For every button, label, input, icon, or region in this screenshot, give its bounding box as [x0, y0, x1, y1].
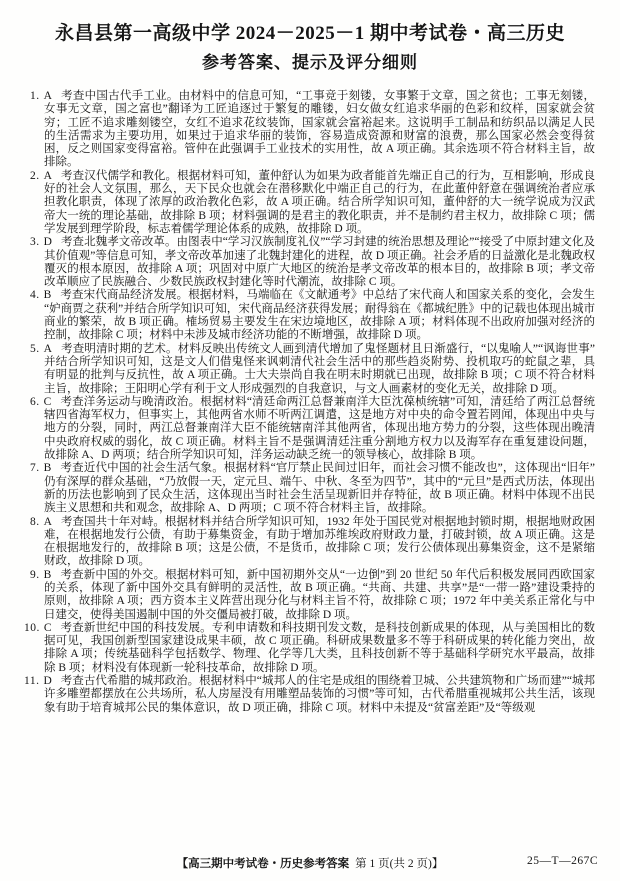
item-answer: B — [44, 289, 52, 301]
footer-code: 25—T—267C — [527, 855, 598, 867]
footer-title: 【高三期中考试卷・历史参考答案 — [177, 858, 350, 870]
item-explanation: 考查汉代儒学和教化。根据材料可知，董仲舒认为如果为政者能首先端正自己的行为，互相… — [44, 170, 595, 235]
answer-item-11: 11.D考查古代希腊的城邦政治。根据材料中“城邦人的住宅是成组的围绕着卫城、公共… — [30, 675, 595, 715]
answer-item-7: 7.B考查近代中国的社会生活气象。根据材料“官厅禁止民间过旧年，而社会习惯不能改… — [30, 462, 595, 515]
item-number: 2. — [30, 170, 40, 182]
item-explanation: 考查中国古代手工业。由材料中的信息可知，“工事竞于刻镂，女事繁于文章，国之贫也；… — [44, 90, 595, 168]
item-explanation: 考查北魏孝文帝改革。由图表中“学习汉族制度礼仪”“学习封建的统治思想及理论”“接… — [44, 236, 595, 288]
item-number: 5. — [30, 343, 40, 355]
answer-item-10: 10.C考查新世纪中国的科技发展。专利申请数和科技期刊发文数，是科技创新成果的体… — [30, 622, 595, 675]
answer-item-5: 5.A考查明清时期的艺术。材料反映出传统文人画到清代增加了鬼怪题材且日渐盛行，“… — [30, 343, 595, 396]
item-number: 11. — [24, 675, 39, 687]
item-answer: B — [44, 462, 52, 474]
item-number: 3. — [30, 236, 40, 248]
item-answer: A — [44, 90, 52, 102]
item-number: 9. — [30, 569, 40, 581]
item-answer: A — [44, 343, 52, 355]
item-explanation: 考查古代希腊的城邦政治。根据材料中“城邦人的住宅是成组的围绕着卫城、公共建筑物和… — [44, 675, 595, 714]
answer-item-9: 9.B考查新中国的外交。根据材料可知，新中国初期外交从“一边倒”到 20 世纪 … — [30, 569, 595, 622]
item-answer: C — [44, 622, 52, 634]
page-footer: 【高三期中考试卷・历史参考答案第 1 页(共 2 页)】 25—T—267C — [0, 855, 620, 871]
item-answer: A — [44, 170, 52, 182]
item-explanation: 考查新世纪中国的科技发展。专利申请数和科技期刊发文数，是科技创新成果的体现，从与… — [44, 622, 595, 674]
answer-item-8: 8.A考查国共十年对峙。根据材料并结合所学知识可知，1932 年处于国民党对根据… — [30, 516, 595, 569]
answer-item-4: 4.B考查宋代商品经济发展。根据材料，马端临在《文献通考》中总结了宋代商人和国家… — [30, 289, 595, 342]
answers-list: 1.A考查中国古代手工业。由材料中的信息可知，“工事竞于刻镂，女事繁于文章，国之… — [0, 90, 620, 715]
page-title: 永昌县第一高级中学 2024－2025－1 期中考试卷・高三历史 — [0, 20, 620, 48]
answer-item-3: 3.D考查北魏孝文帝改革。由图表中“学习汉族制度礼仪”“学习封建的统治思想及理论… — [30, 236, 595, 289]
title-block: 永昌县第一高级中学 2024－2025－1 期中考试卷・高三历史 参考答案、提示… — [0, 0, 620, 76]
footer-page-number: 第 1 页(共 2 页)】 — [355, 858, 443, 870]
answer-item-2: 2.A考查汉代儒学和教化。根据材料可知，董仲舒认为如果为政者能首先端正自己的行为… — [30, 170, 595, 236]
item-answer: B — [44, 569, 52, 581]
item-explanation: 考查洋务运动与晚清政治。根据材料“清廷命两江总督兼南洋大臣沈葆桢统辖”可知，清廷… — [44, 396, 595, 461]
item-number: 1. — [30, 90, 40, 102]
item-explanation: 考查明清时期的艺术。材料反映出传统文人画到清代增加了鬼怪题材且日渐盛行，“以鬼喻… — [44, 343, 595, 395]
document-page: 永昌县第一高级中学 2024－2025－1 期中考试卷・高三历史 参考答案、提示… — [0, 0, 620, 881]
item-explanation: 考查近代中国的社会生活气象。根据材料“官厅禁止民间过旧年，而社会习惯不能改也”，… — [44, 462, 595, 514]
item-number: 10. — [24, 622, 40, 634]
item-explanation: 考查新中国的外交。根据材料可知，新中国初期外交从“一边倒”到 20 世纪 50 … — [44, 569, 595, 621]
page-subtitle: 参考答案、提示及评分细则 — [0, 50, 620, 76]
item-answer: D — [43, 675, 51, 687]
answer-item-6: 6.C考查洋务运动与晚清政治。根据材料“清廷命两江总督兼南洋大臣沈葆桢统辖”可知… — [30, 396, 595, 462]
item-number: 8. — [30, 516, 40, 528]
item-answer: A — [44, 516, 52, 528]
item-number: 6. — [30, 396, 40, 408]
item-explanation: 考查宋代商品经济发展。根据材料，马端临在《文献通考》中总结了宋代商人和国家关系的… — [44, 289, 595, 341]
item-number: 7. — [30, 462, 40, 474]
item-explanation: 考查国共十年对峙。根据材料并结合所学知识可知，1932 年处于国民党对根据地封锁… — [44, 516, 595, 568]
answer-item-1: 1.A考查中国古代手工业。由材料中的信息可知，“工事竞于刻镂，女事繁于文章，国之… — [30, 90, 595, 170]
item-answer: D — [44, 236, 52, 248]
item-number: 4. — [30, 289, 40, 301]
item-answer: C — [44, 396, 52, 408]
